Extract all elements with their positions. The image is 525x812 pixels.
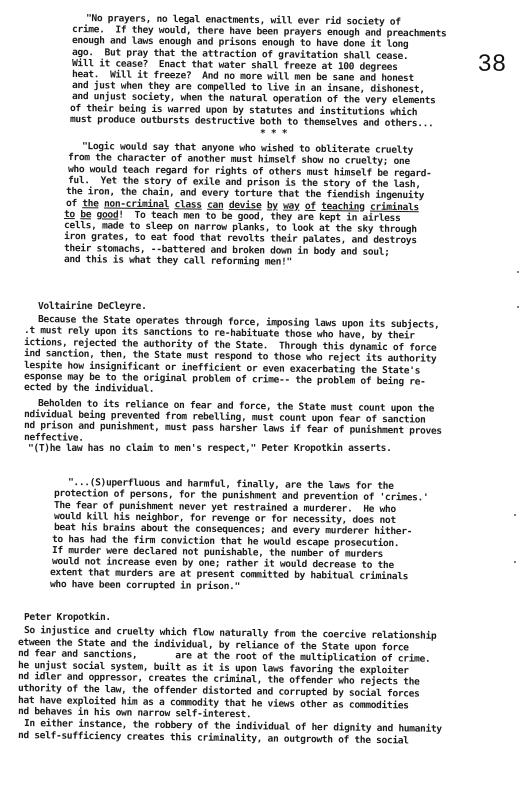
text-line: neffective. bbox=[24, 432, 84, 444]
scan-speck bbox=[514, 514, 516, 516]
attribution-line: Voltairine DeCleyre. bbox=[38, 301, 147, 312]
page-number: 38 bbox=[478, 58, 507, 69]
scan-speck bbox=[514, 561, 516, 563]
text-line: who have been corrupted in prison." bbox=[50, 579, 240, 592]
attribution-line: Peter Kropotkin. bbox=[24, 612, 111, 623]
text-line: and this is what they call reforming men… bbox=[64, 254, 292, 268]
scan-speck bbox=[517, 306, 519, 308]
text-line: "(T)he law has no claim to men's respect… bbox=[28, 443, 392, 454]
section-separator: * * * bbox=[260, 128, 287, 139]
text-line: ected by the individual. bbox=[24, 382, 154, 395]
scan-speck bbox=[517, 271, 519, 273]
